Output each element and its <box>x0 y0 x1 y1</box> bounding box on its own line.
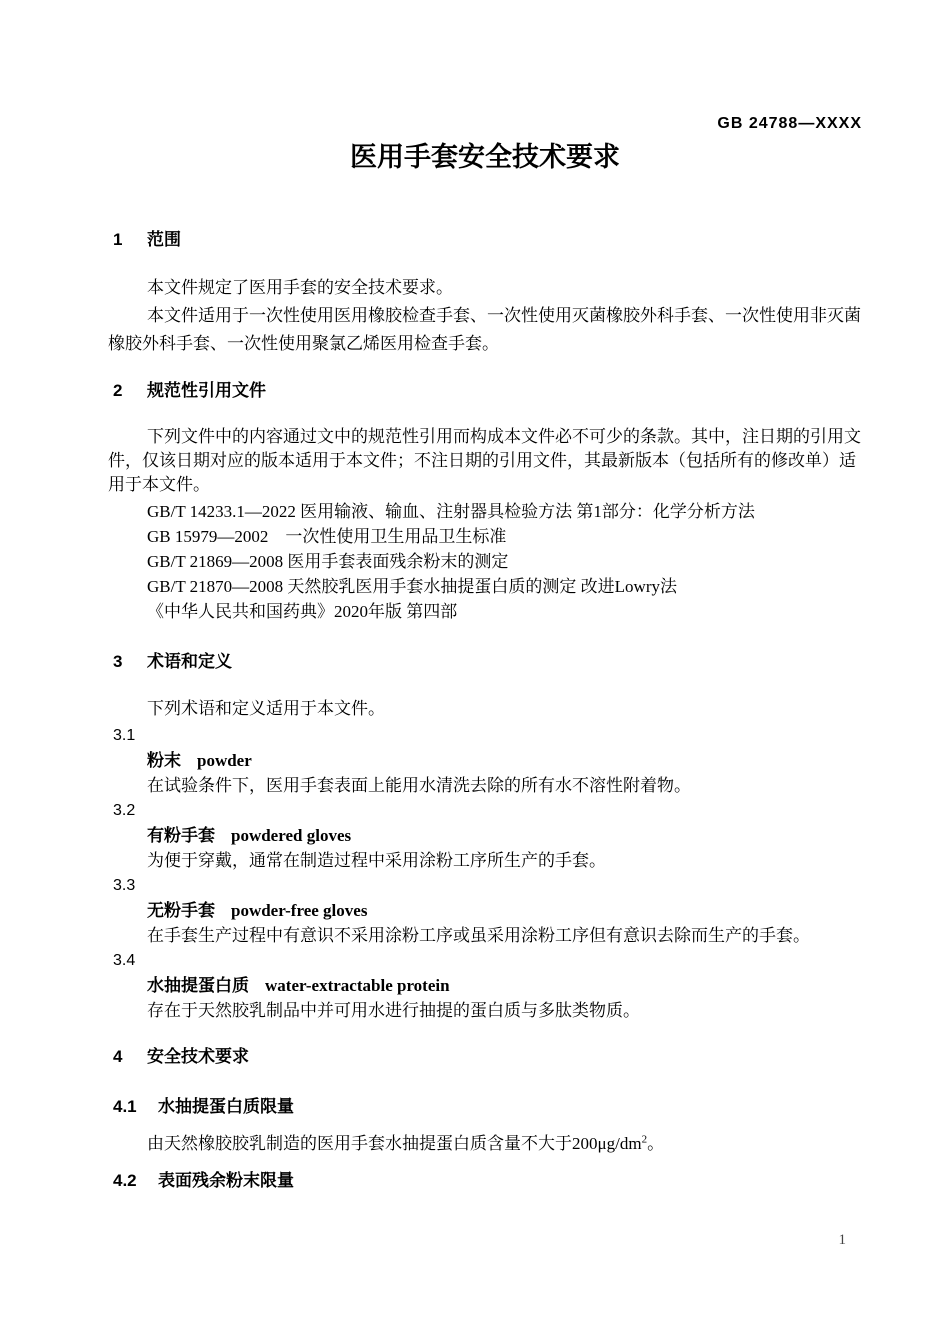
clause-4-2-number: 4.2 <box>113 1172 158 1189</box>
term-entry: 3.1 粉末powder 在试验条件下，医用手套表面上能用水清洗去除的所有水不溶… <box>108 723 862 798</box>
term-entry: 3.3 无粉手套powder-free gloves 在手套生产过程中有意识不采… <box>108 873 862 948</box>
page-number: 1 <box>839 1233 847 1248</box>
term-title: 无粉手套powder-free gloves <box>108 898 862 923</box>
clause-4-number: 4 <box>113 1048 147 1065</box>
terms-and-definitions: 3.1 粉末powder 在试验条件下，医用手套表面上能用水清洗去除的所有水不溶… <box>108 723 862 1023</box>
clause-3-heading: 3术语和定义 <box>108 653 862 670</box>
clause-2-title: 规范性引用文件 <box>147 381 266 400</box>
term-title: 有粉手套powdered gloves <box>108 823 862 848</box>
clause-2-number: 2 <box>113 382 147 399</box>
term-chinese: 水抽提蛋白质 <box>147 976 249 995</box>
clause-1-heading: 1范围 <box>108 231 862 248</box>
sentence-period: 。 <box>647 1134 664 1153</box>
reference-item: GB/T 21869—2008 医用手套表面残余粉末的测定 <box>108 549 862 574</box>
doc-code: GB 24788—XXXX <box>108 0 862 132</box>
clause-3-title: 术语和定义 <box>147 652 232 671</box>
clause-4-1-title: 水抽提蛋白质限量 <box>158 1097 294 1116</box>
term-entry: 3.2 有粉手套powdered gloves 为便于穿戴，通常在制造过程中采用… <box>108 798 862 873</box>
term-number: 3.3 <box>108 873 862 898</box>
clause-4-1-heading: 4.1水抽提蛋白质限量 <box>108 1098 862 1115</box>
clause-1-paragraph-1: 本文件规定了医用手套的安全技术要求。 <box>108 274 862 302</box>
term-definition: 存在于天然胶乳制品中并可用水进行抽提的蛋白质与多肽类物质。 <box>108 998 862 1023</box>
reference-item: 《中华人民共和国药典》2020年版 第四部 <box>108 599 862 624</box>
term-english: powder <box>197 751 252 770</box>
term-chinese: 有粉手套 <box>147 826 215 845</box>
term-definition: 在手套生产过程中有意识不采用涂粉工序或虽采用涂粉工序但有意识去除而生产的手套。 <box>108 923 862 948</box>
clause-4-1-number: 4.1 <box>113 1098 158 1115</box>
clause-2-paragraph: 下列文件中的内容通过文中的规范性引用而构成本文件必不可少的条款。其中，注日期的引… <box>108 425 862 497</box>
term-number: 3.1 <box>108 723 862 748</box>
term-english: powdered gloves <box>231 826 351 845</box>
normative-references-list: GB/T 14233.1—2022 医用输液、输血、注射器具检验方法 第1部分：… <box>108 499 862 624</box>
term-number: 3.4 <box>108 948 862 973</box>
term-title: 粉末powder <box>108 748 862 773</box>
term-english: water-extractable protein <box>265 976 450 995</box>
term-entry: 3.4 水抽提蛋白质water-extractable protein 存在于天… <box>108 948 862 1023</box>
standard-document-page: GB 24788—XXXX 医用手套安全技术要求 1范围 本文件规定了医用手套的… <box>0 0 950 1344</box>
doc-title: 医用手套安全技术要求 <box>108 142 862 172</box>
reference-item: GB/T 14233.1—2022 医用输液、输血、注射器具检验方法 第1部分：… <box>108 499 862 524</box>
requirement-text: 由天然橡胶胶乳制造的医用手套水抽提蛋白质含量不大于200μg/dm <box>147 1134 642 1153</box>
clause-4-heading: 4安全技术要求 <box>108 1048 862 1065</box>
term-english: powder-free gloves <box>231 901 367 920</box>
clause-1-paragraph-2: 本文件适用于一次性使用医用橡胶检查手套、一次性使用灭菌橡胶外科手套、一次性使用非… <box>108 302 862 358</box>
clause-1-title: 范围 <box>147 230 181 249</box>
clause-2-heading: 2规范性引用文件 <box>108 382 862 399</box>
term-definition: 为便于穿戴，通常在制造过程中采用涂粉工序所生产的手套。 <box>108 848 862 873</box>
term-title: 水抽提蛋白质water-extractable protein <box>108 973 862 998</box>
clause-4-1-paragraph: 由天然橡胶胶乳制造的医用手套水抽提蛋白质含量不大于200μg/dm2。 <box>108 1130 862 1158</box>
reference-item: GB/T 21870—2008 天然胶乳医用手套水抽提蛋白质的测定 改进Lowr… <box>108 574 862 599</box>
term-definition: 在试验条件下，医用手套表面上能用水清洗去除的所有水不溶性附着物。 <box>108 773 862 798</box>
clause-3-intro: 下列术语和定义适用于本文件。 <box>108 695 862 723</box>
term-chinese: 无粉手套 <box>147 901 215 920</box>
clause-4-2-title: 表面残余粉末限量 <box>158 1171 294 1190</box>
clause-4-2-heading: 4.2表面残余粉末限量 <box>108 1172 862 1189</box>
clause-3-number: 3 <box>113 653 147 670</box>
clause-4-title: 安全技术要求 <box>147 1047 249 1066</box>
reference-item: GB 15979—2002 一次性使用卫生用品卫生标准 <box>108 524 862 549</box>
clause-1-number: 1 <box>113 231 147 248</box>
term-number: 3.2 <box>108 798 862 823</box>
term-chinese: 粉末 <box>147 751 181 770</box>
